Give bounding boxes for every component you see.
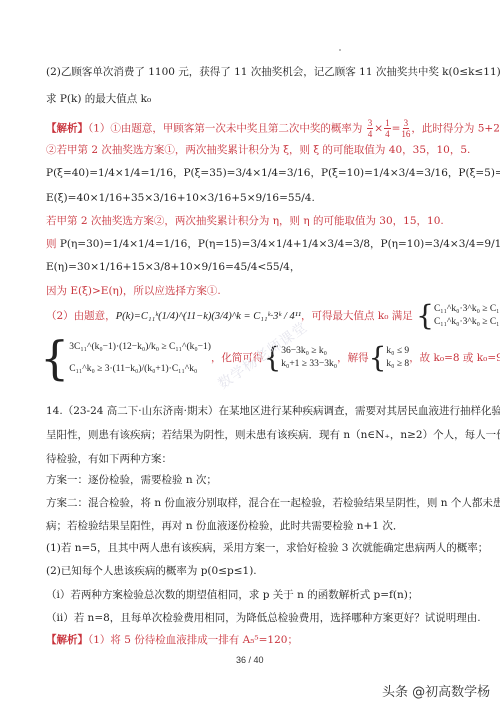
part2-mid: ，可得最大值点 k₀ 满足: [301, 310, 413, 322]
system-row: C₁₁^k₀ ≥ 3·(11−k₀)/(k₀+1)·C₁₁^k₀: [69, 358, 211, 380]
problem14-question2-i: （i）若两种方案检验总次数的期望值相同，求 p 关于 n 的函数解析式 p=f(…: [46, 588, 418, 602]
solution-tag: 【解析】: [46, 634, 88, 646]
solution-text: （1）将 5 份待检血液排成一排有 A₅⁵=120；: [88, 634, 298, 646]
problem14-question2-ii: （ii）若 n=8，且每单次检验费用相同，为降低总检验费用，选择哪种方案更好？试…: [46, 611, 481, 625]
max-condition-system: {C₁₁^k₀·3^k₀ ≥ C₁₁^(k₀−1)·3^(k₀−1)C₁₁^k₀…: [416, 302, 500, 330]
fraction: 14: [384, 118, 391, 139]
system-row: k₀ ≤ 9: [386, 345, 409, 358]
solution13-part2-line: （2）由题意，P(k)=C₁₁ᵏ(1/4)^(11−k)(3/4)^k = C₁…: [46, 302, 500, 330]
speck: [339, 49, 341, 51]
solution13-line3: P(ξ=40)=1/4×1/4=1/16，P(ξ=35)=3/4×1/4=3/1…: [46, 166, 500, 180]
solution-tag: 【解析】: [46, 123, 88, 135]
solution13-line4-expectation-xi: E(ξ)=40×1/16+35×3/16+10×3/16+5×9/16=55/4…: [46, 191, 315, 205]
page-indicator: 36 / 40: [236, 655, 264, 665]
solution13-line6: 则 P(η=30)=1/4×1/4=1/16，P(η=15)=3/4×1/4+1…: [46, 237, 500, 251]
problem14-plan2-line1: 方案二：混合检验，将 n 份血液分别取样，混合在一起检验，若检验结果呈阴性，则 …: [46, 496, 500, 510]
inequality-system-1: {3C₁₁^(k₀−1)·(12−k₀)/k₀ ≥ C₁₁^(k₀−1)C₁₁^…: [40, 336, 211, 380]
solution13-s1-text: （1）①由题意，甲顾客第一次未中奖且第二次中奖的概率为: [88, 123, 362, 135]
brand-watermark: 头条 @初高数学杨: [382, 681, 490, 700]
solution13-s1-suffix: ，此时得分为 5+2×5=15；: [411, 123, 500, 135]
eta-probabilities: P(η=30)=1/4×1/4=1/16，P(η=15)=3/4×1/4+1/4…: [60, 238, 500, 250]
fraction: 316: [401, 118, 410, 139]
problem14-line2: 呈阳性，则患有该疾病；若结果为阴性，则未患有该疾病．现有 n（n∈N₊，n≥2）…: [46, 428, 500, 442]
inequality-system-3: {k₀ ≤ 9k₀ ≥ 8: [369, 344, 410, 372]
problem14-line3: 待检验，有如下两种方案：: [46, 452, 172, 466]
problem13-part2-line2: 求 P(k) 的最大值点 k₀: [46, 92, 151, 106]
solution13-line1: 【解析】（1）①由题意，甲顾客第一次未中奖且第二次中奖的概率为 34×14=31…: [46, 118, 500, 139]
solution13-line7-expectation-eta: E(η)=30×1/16+15×3/8+10×9/16=45/4<55/4，: [46, 260, 300, 274]
problem14-line1: 14.（23-24 高二下·山东济南·期末）在某地区进行某种疾病调查，需要对其居…: [46, 404, 500, 418]
system-row: 3C₁₁^(k₀−1)·(12−k₀)/k₀ ≥ C₁₁^(k₀−1): [69, 336, 211, 358]
system-row: k₀+1 ≥ 33−3k₀: [281, 358, 337, 371]
document-page: (2)乙顾客单次消费了 1100 元，获得了 11 次抽奖机会，记乙顾客 11 …: [0, 0, 500, 707]
solution13-line8-conclusion: 因为 E(ξ)>E(η)，所以应选择方案①.: [46, 284, 221, 298]
then-label: 则: [46, 238, 57, 250]
problem14-solution-line1: 【解析】（1）将 5 份待检血液排成一排有 A₅⁵=120；: [46, 633, 298, 647]
fraction: 34: [367, 118, 374, 139]
problem14-question1: (1)若 n=5，且其中两人患有该疾病，采用方案一，求恰好检验 3 次就能确定患…: [46, 541, 488, 555]
problem14-plan2-line2: 病；若检验结果呈阳性，再对 n 份血液逐份检验，此时共需要检验 n+1 次．: [46, 519, 403, 533]
solution13-line5: 若甲第 2 次抽奖选方案②，两次抽奖累计积分为 η，则 η 的可能取值为 30，…: [46, 214, 444, 228]
solution13-line2: ②若甲第 2 次抽奖选方案①，两次抽奖累计积分为 ξ，则 ξ 的可能取值为 40…: [46, 143, 470, 157]
system-row: k₀ ≥ 8: [386, 358, 409, 371]
pk-formula: P(k)=C₁₁ᵏ(1/4)^(11−k)(3/4)^k = C₁₁ᵏ·3ᵏ /…: [116, 311, 301, 322]
problem14-plan1: 方案一：逐份检验，需要检验 n 次；: [46, 473, 217, 487]
solve-label: ，解得: [337, 352, 369, 364]
system-row: C₁₁^k₀·3^k₀ ≥ C₁₁^(k₀−1)·3^(k₀−1): [434, 303, 500, 316]
part2-prefix: （2）由题意，: [46, 310, 116, 322]
system-row: C₁₁^k₀·3^k₀ ≥ C₁₁^(k₀+1)·3^(k₀+1): [434, 316, 500, 329]
problem14-question2: (2)已知每个人患该疾病的概率为 p(0≤p≤1).: [46, 564, 257, 578]
conclusion: ，故 k₀=8 或 k₀=9: [409, 352, 500, 364]
problem13-part2-line1: (2)乙顾客单次消费了 1100 元，获得了 11 次抽奖机会，记乙顾客 11 …: [46, 65, 500, 79]
